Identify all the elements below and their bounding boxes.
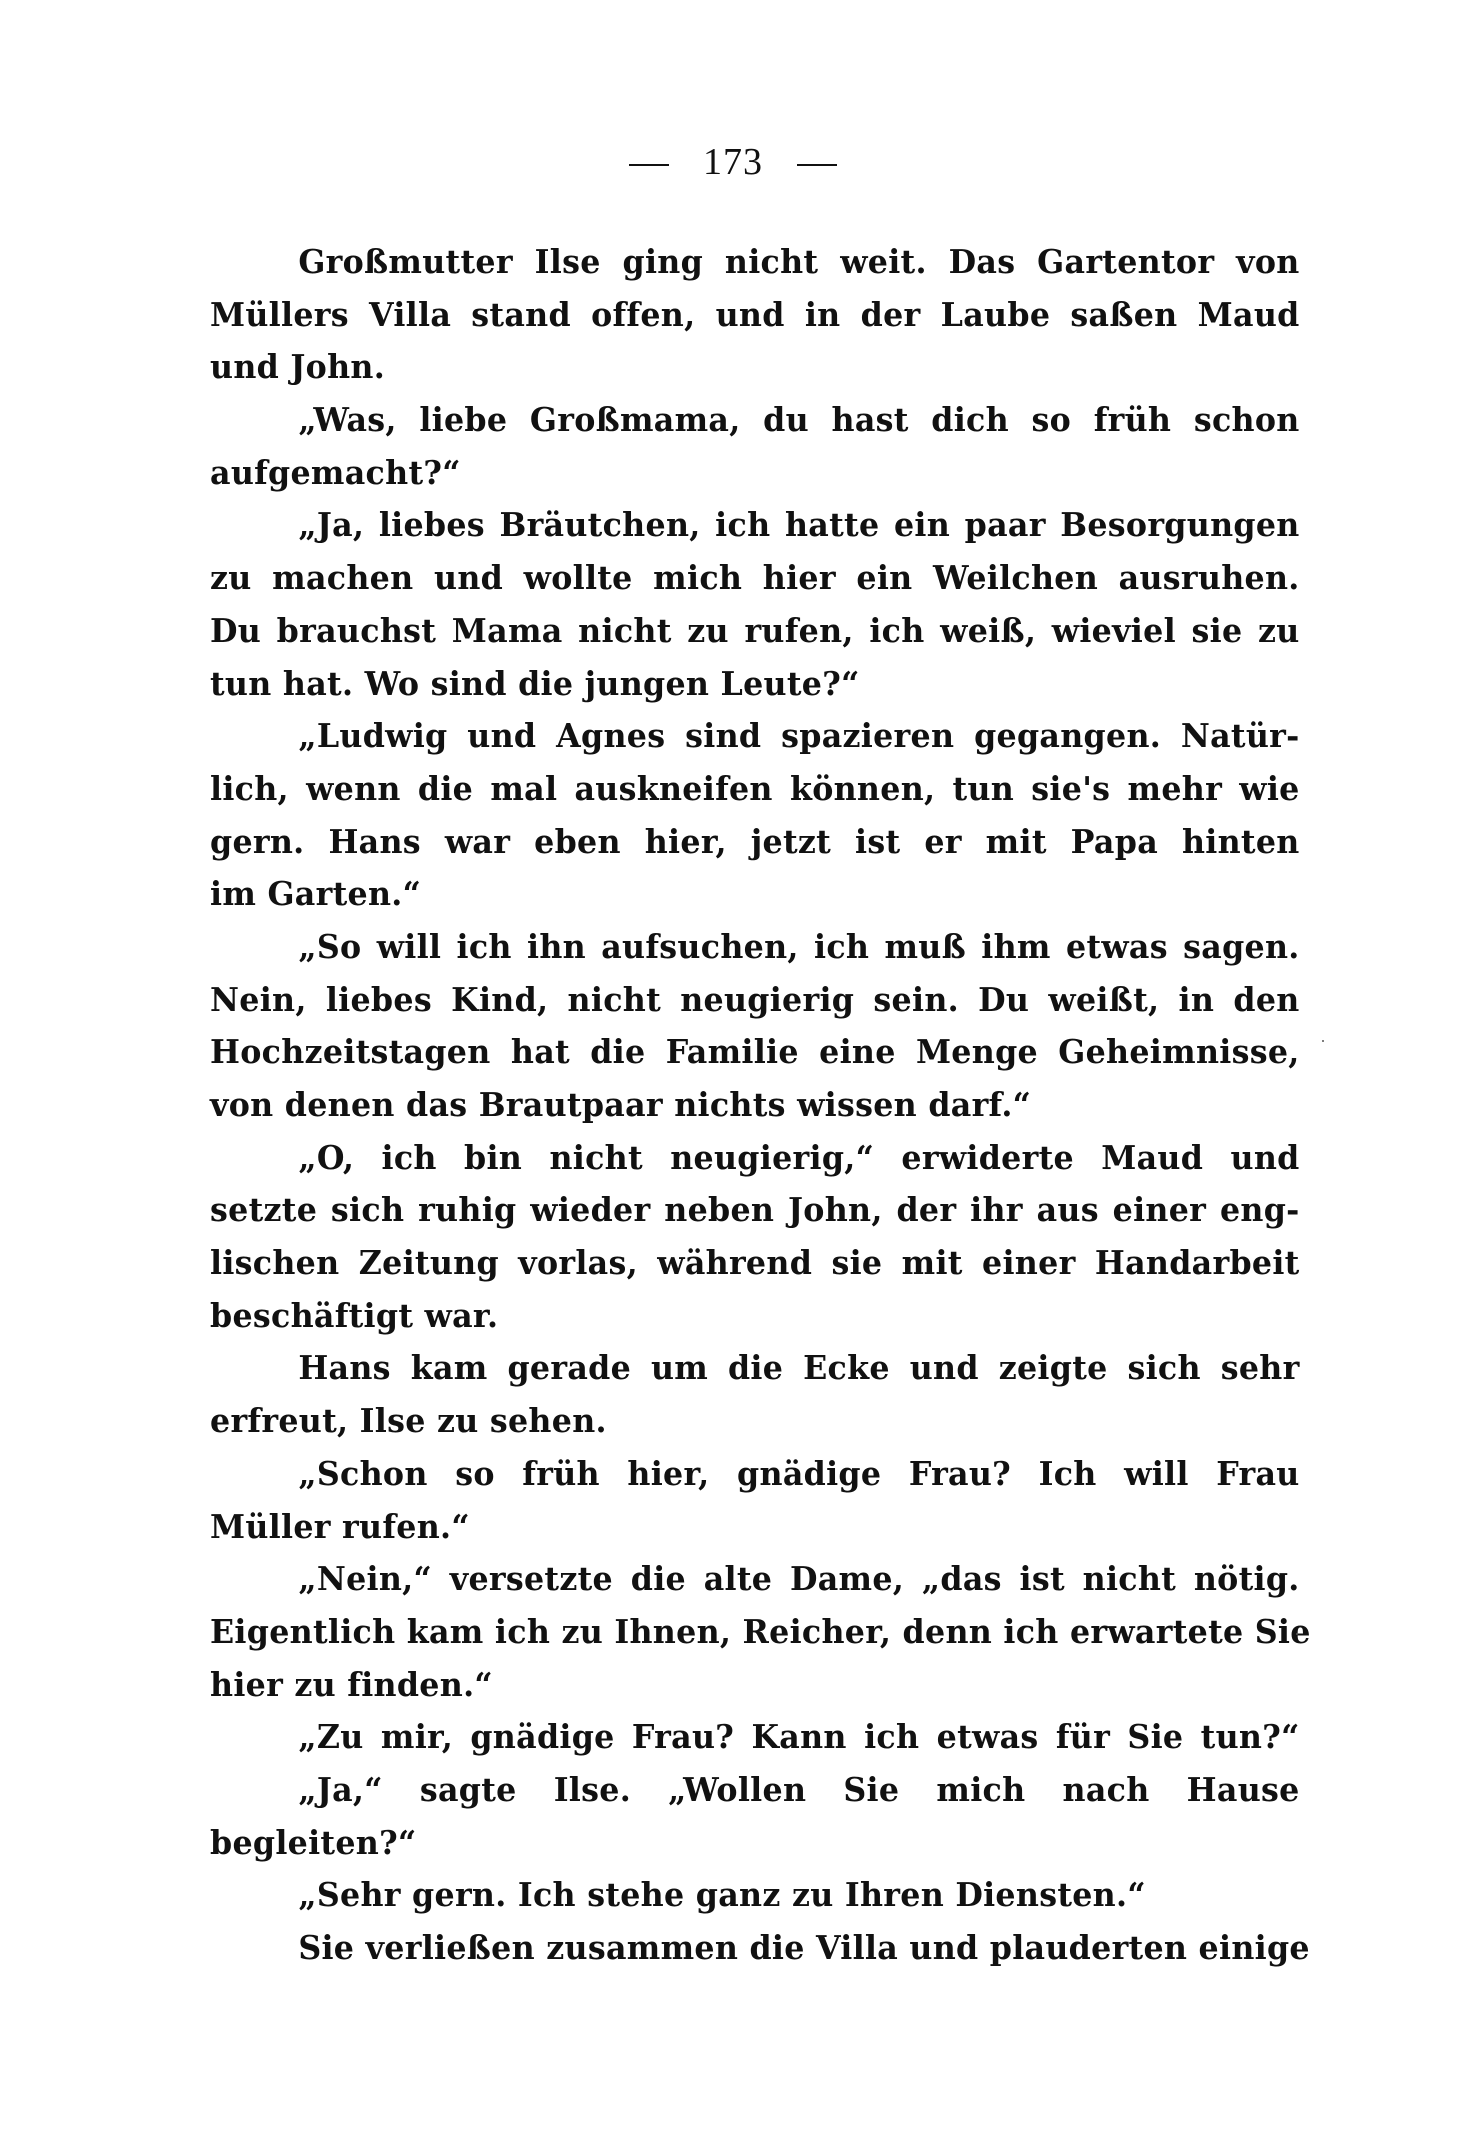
text-line: setzte sich ruhig wieder neben John, der…	[210, 1184, 1300, 1237]
text-line: gern. Hans war eben hier, jetzt ist er m…	[210, 816, 1300, 869]
text-line: hier zu finden.“	[210, 1659, 1300, 1712]
text-line: erfreut, Ilse zu sehen.	[210, 1395, 1300, 1448]
text-line: aufgemacht?“	[210, 447, 1300, 500]
text-line: Müller rufen.“	[210, 1501, 1300, 1554]
text-line: Eigentlich kam ich zu Ihnen, Reicher, de…	[210, 1606, 1300, 1659]
text-line: „Sehr gern. Ich stehe ganz zu Ihren Dien…	[210, 1869, 1300, 1922]
text-line: „Zu mir, gnädige Frau? Kann ich etwas fü…	[210, 1711, 1300, 1764]
text-line: „Was, liebe Großmama, du hast dich so fr…	[210, 394, 1300, 447]
page-number: 173	[0, 140, 1466, 184]
text-line: „Schon so früh hier, gnädige Frau? Ich w…	[210, 1448, 1300, 1501]
text-line: begleiten?“	[210, 1817, 1300, 1870]
text-line: lich, wenn die mal auskneifen können, tu…	[210, 763, 1300, 816]
text-line: tun hat. Wo sind die jungen Leute?“	[210, 658, 1300, 711]
text-line: „Ja,“ sagte Ilse. „Wollen Sie mich nach …	[210, 1764, 1300, 1817]
body-text: Großmutter Ilse ging nicht weit. Das Gar…	[210, 236, 1300, 1975]
text-line: Hans kam gerade um die Ecke und zeigte s…	[210, 1342, 1300, 1395]
text-line: beschäftigt war.	[210, 1290, 1300, 1343]
text-line: von denen das Brautpaar nichts wissen da…	[210, 1079, 1300, 1132]
text-line: Müllers Villa stand offen, und in der La…	[210, 289, 1300, 342]
text-line: lischen Zeitung vorlas, während sie mit …	[210, 1237, 1300, 1290]
page-number-dash-left	[629, 164, 669, 166]
text-line: Du brauchst Mama nicht zu rufen, ich wei…	[210, 605, 1300, 658]
scan-speck	[1296, 1633, 1298, 1635]
text-line: im Garten.“	[210, 868, 1300, 921]
text-line: „Ludwig und Agnes sind spazieren gegange…	[210, 710, 1300, 763]
text-line: Hochzeitstagen hat die Familie eine Meng…	[210, 1026, 1300, 1079]
text-line: Nein, liebes Kind, nicht neugierig sein.…	[210, 974, 1300, 1027]
text-line: Sie verließen zusammen die Villa und pla…	[210, 1922, 1300, 1975]
page-number-value: 173	[703, 141, 763, 183]
text-line: „Nein,“ versetzte die alte Dame, „das is…	[210, 1553, 1300, 1606]
text-line: zu machen und wollte mich hier ein Weilc…	[210, 552, 1300, 605]
text-line: „O, ich bin nicht neugierig,“ erwiderte …	[210, 1132, 1300, 1185]
page-number-dash-right	[797, 164, 837, 166]
text-line: „Ja, liebes Bräutchen, ich hatte ein paa…	[210, 499, 1300, 552]
scan-speck	[1322, 1040, 1324, 1042]
text-line: und John.	[210, 341, 1300, 394]
text-line: „So will ich ihn aufsuchen, ich muß ihm …	[210, 921, 1300, 974]
text-line: Großmutter Ilse ging nicht weit. Das Gar…	[210, 236, 1300, 289]
